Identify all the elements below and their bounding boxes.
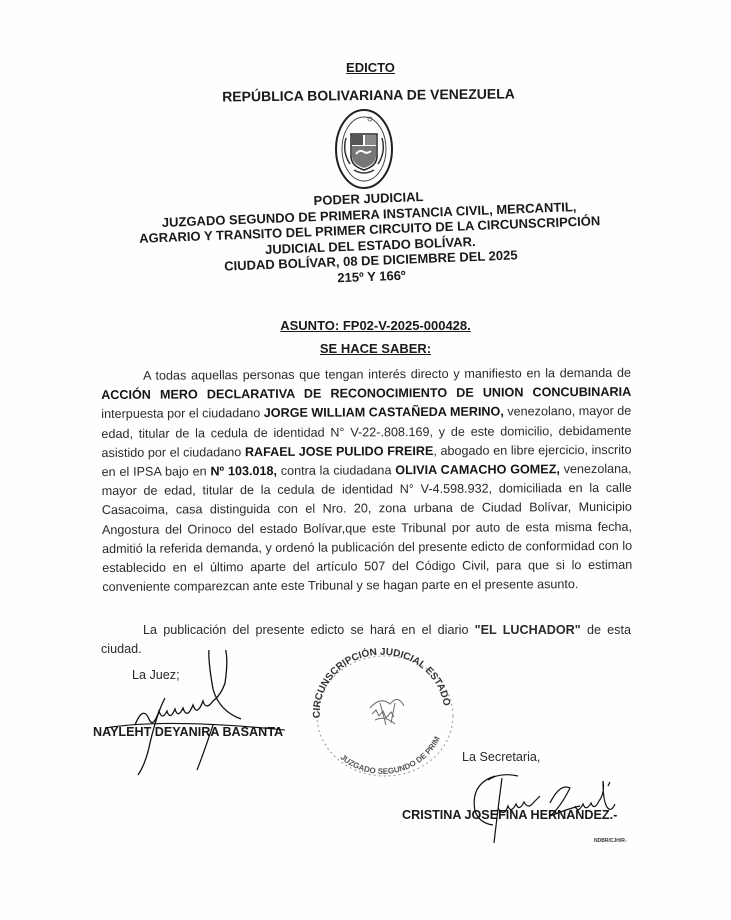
body-text: venezolana, mayor de edad, titular de la… xyxy=(102,462,633,594)
court-header: PODER JUDICIAL JUZGADO SEGUNDO DE PRIMER… xyxy=(108,181,631,294)
secretary-signature-icon xyxy=(440,758,650,848)
typist-initials: NDBR/CJH/R- xyxy=(594,838,627,844)
republic-heading: REPÚBLICA BOLIVARIANA DE VENEZUELA xyxy=(6,83,731,107)
body-text: A todas aquellas personas que tengan int… xyxy=(143,366,631,383)
defendant-name: OLIVIA CAMACHO GOMEZ, xyxy=(395,462,560,477)
court-stamp-icon: CIRCUNSCRIPCIÓN JUDICIAL ESTADO BOLÍVAR … xyxy=(300,648,465,778)
tsj-seal-icon xyxy=(334,108,394,190)
body-text: contra la ciudadana xyxy=(277,463,395,478)
notice-heading: SE HACE SABER: xyxy=(20,341,731,356)
judge-name: NAYLEHT DEYANIRA BASANTA xyxy=(93,725,283,739)
judge-label: La Juez; xyxy=(132,668,180,682)
edict-body: A todas aquellas personas que tengan int… xyxy=(101,364,632,598)
judge-signature-icon xyxy=(95,650,325,780)
ipsa-number: Nº 103.018, xyxy=(210,464,277,478)
plaintiff-name: JORGE WILLIAM CASTAÑEDA MERINO, xyxy=(264,405,504,420)
secretary-name: CRISTINA JOSEFINA HERNANDEZ.- xyxy=(402,808,617,822)
action-name: ACCIÓN MERO DECLARATIVA DE RECONOCIMIENT… xyxy=(101,385,631,402)
newspaper-name: "EL LUCHADOR" xyxy=(475,623,581,637)
svg-text:CIRCUNSCRIPCIÓN JUDICIAL ESTAD: CIRCUNSCRIPCIÓN JUDICIAL ESTADO BOLÍVAR xyxy=(300,648,452,718)
publication-text: La publicación del presente edicto se ha… xyxy=(143,623,475,637)
body-text: interpuesta por el ciudadano xyxy=(101,406,264,421)
secretary-label: La Secretaria, xyxy=(462,750,540,764)
attorney-name: RAFAEL JOSE PULIDO FREIRE xyxy=(245,444,434,459)
document-page: EDICTO REPÚBLICA BOLIVARIANA DE VENEZUEL… xyxy=(0,0,731,920)
document-title: EDICTO xyxy=(10,60,731,75)
case-number: ASUNTO: FP02-V-2025-000428. xyxy=(20,318,731,333)
stamp-text-top: CIRCUNSCRIPCIÓN JUDICIAL ESTADO BOLÍVAR xyxy=(300,648,452,718)
